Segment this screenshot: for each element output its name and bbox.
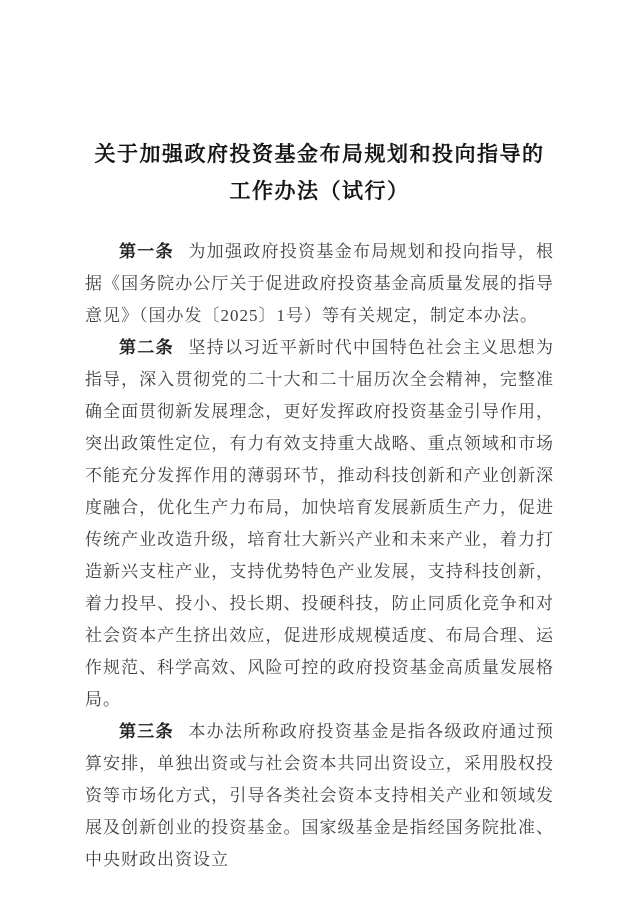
article-1-label: 第一条: [119, 242, 174, 261]
article-3-text: 本办法所称政府投资基金是指各级政府通过预算安排，单独出资或与社会资本共同出资设立…: [85, 722, 554, 869]
article-2-text: 坚持以习近平新时代中国特色社会主义思想为指导，深入贯彻党的二十大和二十届历次全会…: [85, 338, 554, 709]
document-title: 关于加强政府投资基金布局规划和投向指导的 工作办法（试行）: [85, 136, 554, 210]
article-3-label: 第三条: [119, 722, 174, 741]
document-page: 关于加强政府投资基金布局规划和投向指导的 工作办法（试行） 第一条为加强政府投资…: [0, 0, 640, 905]
article-1: 第一条为加强政府投资基金布局规划和投向指导，根据《国务院办公厅关于促进政府投资基…: [85, 236, 554, 332]
document-title-line-2: 工作办法（试行）: [85, 173, 554, 210]
article-2-label: 第二条: [119, 338, 174, 357]
article-2: 第二条坚持以习近平新时代中国特色社会主义思想为指导，深入贯彻党的二十大和二十届历…: [85, 332, 554, 716]
article-3: 第三条本办法所称政府投资基金是指各级政府通过预算安排，单独出资或与社会资本共同出…: [85, 716, 554, 876]
document-title-line-1: 关于加强政府投资基金布局规划和投向指导的: [85, 136, 554, 173]
document-body: 第一条为加强政府投资基金布局规划和投向指导，根据《国务院办公厅关于促进政府投资基…: [85, 236, 554, 876]
